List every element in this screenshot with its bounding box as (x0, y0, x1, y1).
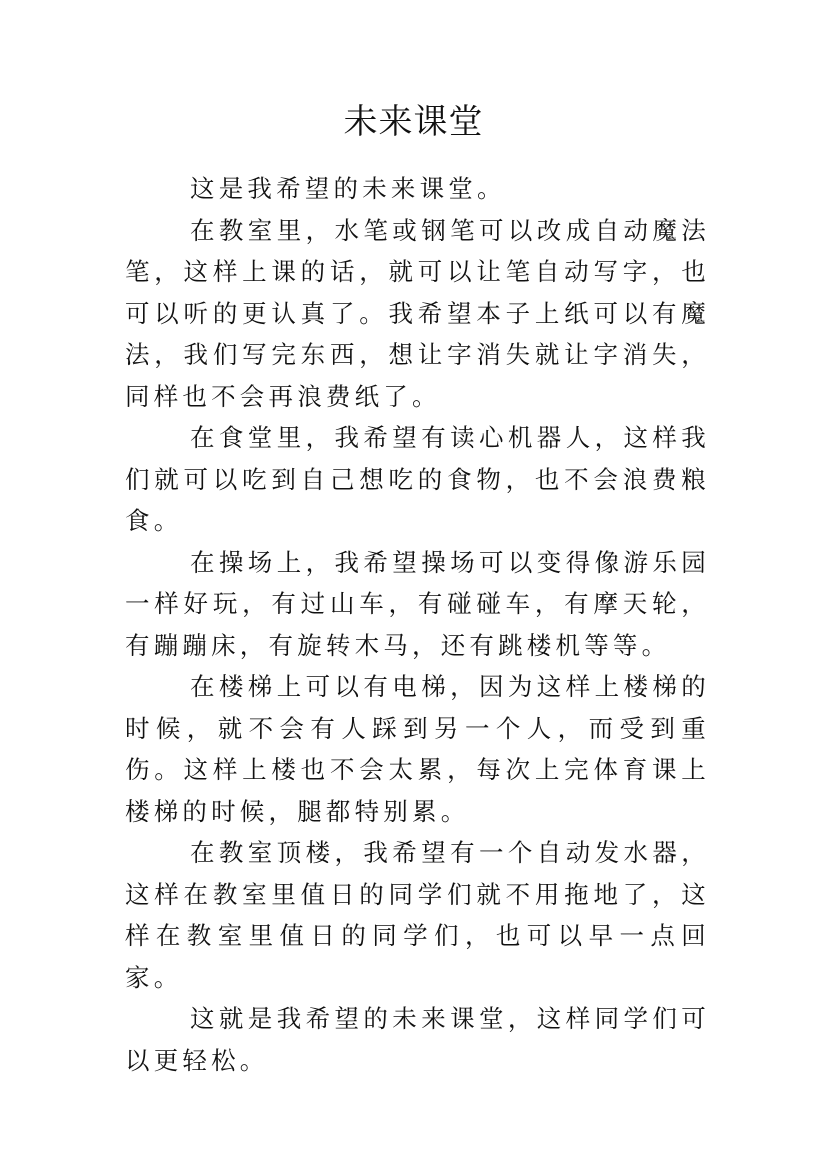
paragraph-canteen: 在食堂里，我希望有读心机器人，这样我们就可以吃到自己想吃的食物，也不会浪费粮食。 (125, 417, 710, 542)
paragraph-conclusion: 这就是我希望的未来课堂，这样同学们可以更轻松。 (125, 998, 710, 1081)
document-page: 未来课堂 这是我希望的未来课堂。 在教室里，水笔或钢笔可以改成自动魔法笔，这样上… (0, 0, 827, 1169)
paragraph-stairs: 在楼梯上可以有电梯，因为这样上楼梯的时候，就不会有人踩到另一个人，而受到重伤。这… (125, 666, 710, 832)
document-body: 这是我希望的未来课堂。 在教室里，水笔或钢笔可以改成自动魔法笔，这样上课的话，就… (125, 168, 710, 1081)
paragraph-rooftop: 在教室顶楼，我希望有一个自动发水器，这样在教室里值日的同学们就不用拖地了，这样在… (125, 832, 710, 998)
paragraph-classroom: 在教室里，水笔或钢笔可以改成自动魔法笔，这样上课的话，就可以让笔自动写字，也可以… (125, 210, 710, 418)
document-title: 未来课堂 (0, 100, 827, 144)
paragraph-playground: 在操场上，我希望操场可以变得像游乐园一样好玩，有过山车，有碰碰车，有摩天轮，有蹦… (125, 542, 710, 667)
paragraph-intro: 这是我希望的未来课堂。 (125, 168, 710, 210)
